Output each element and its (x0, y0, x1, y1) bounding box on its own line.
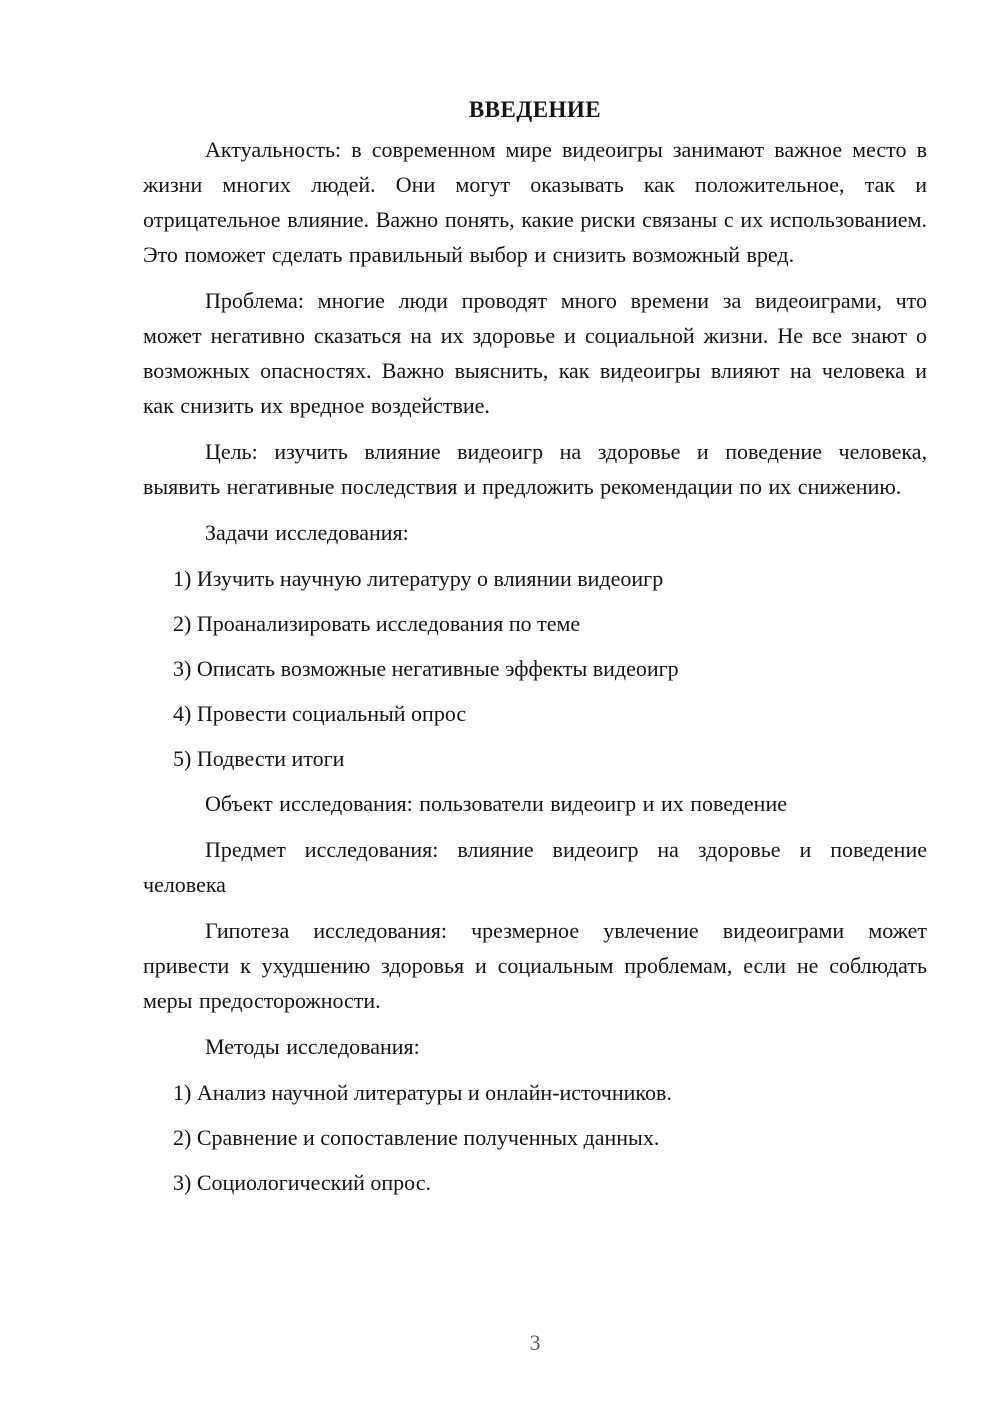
method-item-1: 1) Анализ научной литературы и онлайн-ис… (143, 1075, 927, 1110)
paragraph-relevance: Актуальность: в современном мире видеоиг… (143, 132, 927, 272)
paragraph-problem: Проблема: многие люди проводят много вре… (143, 283, 927, 423)
document-page: ВВЕДЕНИЕ Актуальность: в современном мир… (0, 0, 1000, 1414)
task-item-3: 3) Описать возможные негативные эффекты … (143, 651, 927, 686)
paragraph-object: Объект исследования: пользователи видеои… (143, 786, 927, 821)
tasks-heading: Задачи исследования: (143, 515, 927, 550)
task-item-2: 2) Проанализировать исследования по теме (143, 606, 927, 641)
task-item-5: 5) Подвести итоги (143, 741, 927, 776)
paragraph-goal: Цель: изучить влияние видеоигр на здоров… (143, 434, 927, 504)
method-item-2: 2) Сравнение и сопоставление полученных … (143, 1120, 927, 1155)
document-content: ВВЕДЕНИЕ Актуальность: в современном мир… (143, 92, 927, 1210)
task-item-4: 4) Провести социальный опрос (143, 696, 927, 731)
page-title: ВВЕДЕНИЕ (143, 92, 927, 127)
paragraph-subject: Предмет исследования: влияние видеоигр н… (143, 832, 927, 902)
method-item-3: 3) Социологический опрос. (143, 1165, 927, 1200)
task-item-1: 1) Изучить научную литературу о влиянии … (143, 561, 927, 596)
paragraph-hypothesis: Гипотеза исследования: чрезмерное увлече… (143, 913, 927, 1018)
page-number: 3 (143, 1325, 927, 1360)
methods-heading: Методы исследования: (143, 1029, 927, 1064)
